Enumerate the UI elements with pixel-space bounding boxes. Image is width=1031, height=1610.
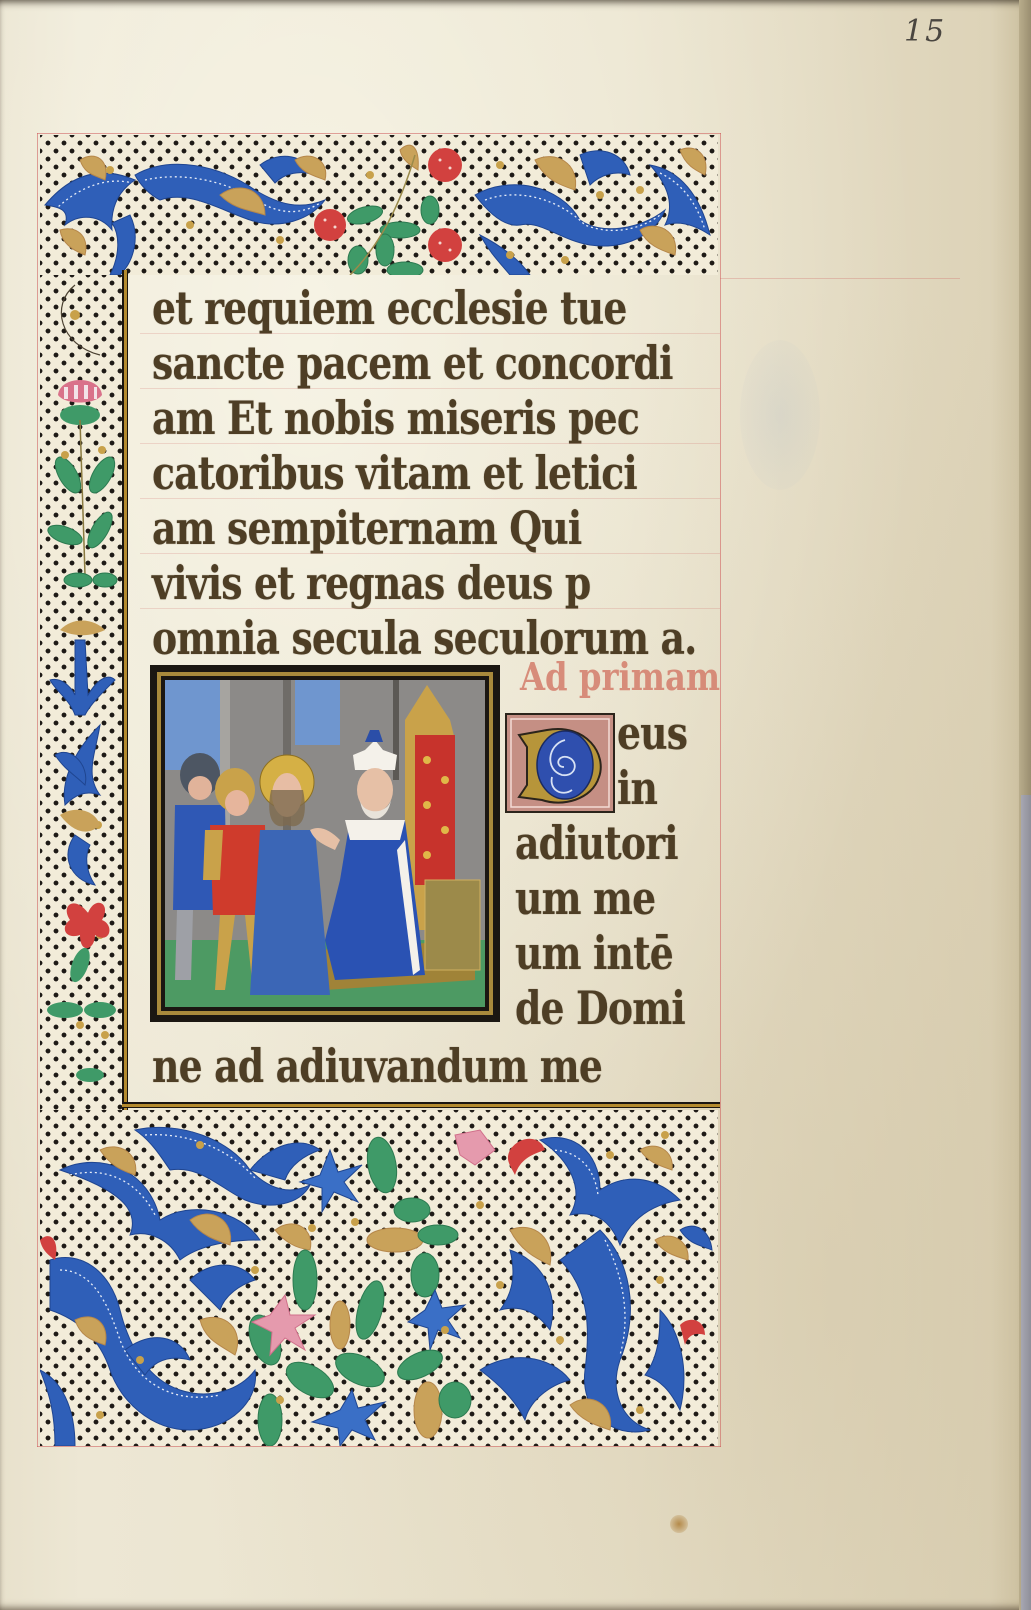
page-edge	[1019, 0, 1031, 1610]
ruling-line	[37, 1446, 721, 1447]
acanthus-bottom-icon	[40, 1110, 718, 1446]
side-line-4: um me	[515, 875, 655, 921]
side-line-3: adiutori	[515, 820, 678, 866]
text-line-5: am sempiternam Qui	[152, 505, 581, 551]
text-line-3: am Et nobis miseris pec	[152, 395, 639, 441]
rubric-heading: Ad primam	[520, 654, 720, 699]
acanthus-top-icon	[40, 135, 718, 275]
initial-d-icon: D	[507, 715, 613, 811]
border-bottom	[40, 1110, 718, 1446]
ruling-line	[720, 133, 721, 1447]
folio-number: 15	[904, 14, 946, 49]
underlying-page-edge	[1021, 795, 1031, 1610]
gold-frame-left	[122, 270, 128, 1110]
illuminated-initial: D	[505, 713, 615, 813]
text-line-final: ne ad adiuvandum me	[152, 1043, 602, 1089]
stain	[740, 340, 820, 490]
side-line-6: de Domi	[515, 985, 685, 1031]
side-line-1: eus	[617, 710, 687, 756]
text-line-2: sancte pacem et concordi	[152, 340, 673, 386]
text-line-1: et requiem ecclesie tue	[152, 285, 627, 331]
christ-before-king-icon	[165, 680, 485, 1007]
border-top	[40, 135, 718, 275]
manuscript-folio: 15	[0, 0, 1031, 1610]
side-line-5: um intē	[515, 930, 673, 976]
ruling-line	[720, 278, 960, 279]
side-line-2: in	[617, 765, 657, 811]
text-line-6: vivis et regnas deus p	[152, 560, 590, 606]
ruling-line	[37, 133, 38, 1447]
stain	[670, 1515, 688, 1533]
text-line-4: catoribus vitam et letici	[152, 450, 637, 496]
gold-frame-bottom	[122, 1102, 720, 1108]
floral-strip-icon	[40, 275, 122, 1110]
border-left	[40, 275, 122, 1110]
ruling-line	[37, 133, 721, 134]
miniature-painting	[150, 665, 500, 1022]
